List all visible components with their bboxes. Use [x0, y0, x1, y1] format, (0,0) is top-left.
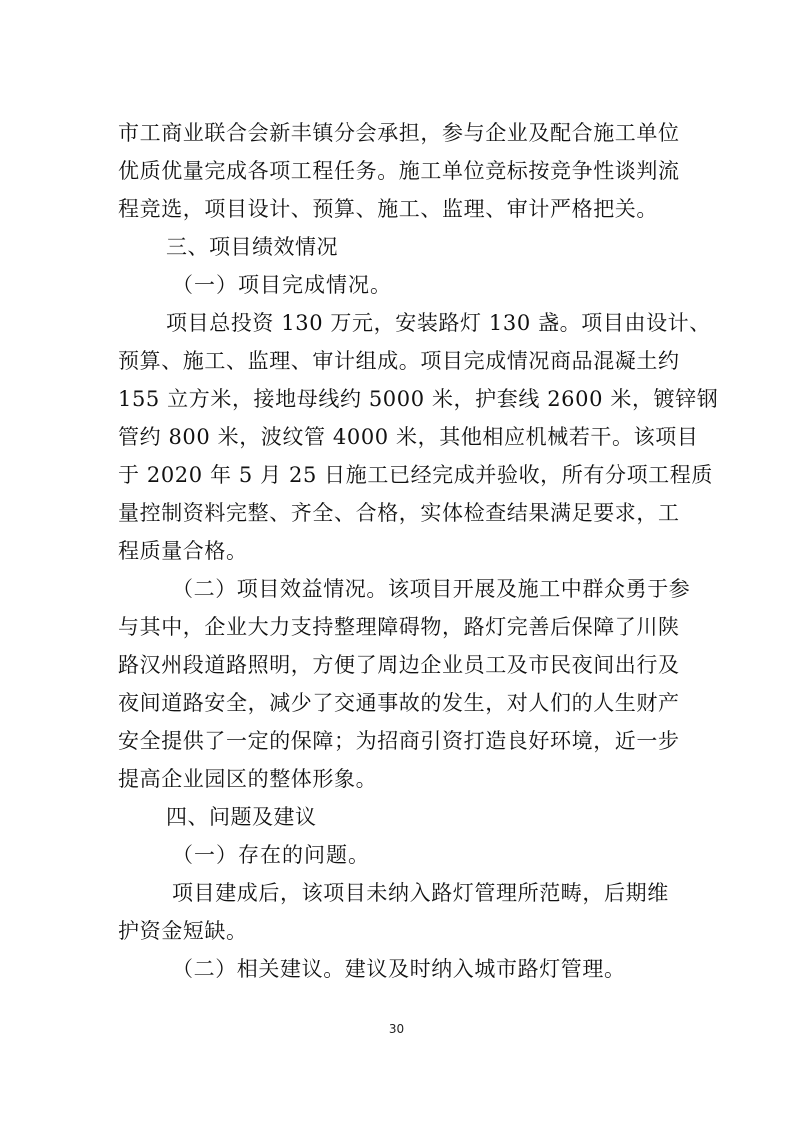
paragraph-line: 市工商业联合会新丰镇分会承担，参与企业及配合施工单位 — [118, 115, 674, 151]
paragraph-line: 于 2020 年 5 月 25 日施工已经完成并验收，所有分项工程质 — [118, 457, 674, 493]
paragraph-line: 管约 800 米，波纹管 4000 米，其他相应机械若干。该项目 — [118, 419, 674, 455]
section-heading-3: 三、项目绩效情况 — [166, 229, 722, 265]
paragraph-line: （二）项目效益情况。该项目开展及施工中群众勇于参 — [172, 571, 728, 607]
document-page: 市工商业联合会新丰镇分会承担，参与企业及配合施工单位 优质优量完成各项工程任务。… — [0, 0, 793, 1122]
paragraph-line: 优质优量完成各项工程任务。施工单位竞标按竞争性谈判流 — [118, 153, 674, 189]
section-heading-4: 四、问题及建议 — [166, 799, 722, 835]
paragraph-line: 155 立方米，接地母线约 5000 米，护套线 2600 米，镀锌钢 — [118, 381, 674, 417]
paragraph-line: 程竞选，项目设计、预算、施工、监理、审计严格把关。 — [118, 191, 674, 227]
paragraph-line: 夜间道路安全，减少了交通事故的发生，对人们的人生财产 — [118, 685, 674, 721]
paragraph-line: 项目总投资 130 万元，安装路灯 130 盏。项目由设计、 — [166, 305, 722, 341]
paragraph-line: 项目建成后，该项目未纳入路灯管理所范畴，后期维 — [172, 875, 728, 911]
subsection-heading: （一）存在的问题。 — [172, 837, 728, 873]
paragraph-line: 护资金短缺。 — [118, 913, 674, 949]
paragraph-line: 量控制资料完整、齐全、合格，实体检查结果满足要求，工 — [118, 495, 674, 531]
subsection-heading: （一）项目完成情况。 — [172, 267, 728, 303]
page-number: 30 — [0, 1022, 793, 1036]
paragraph-line: 提高企业园区的整体形象。 — [118, 761, 674, 797]
paragraph-line: 程质量合格。 — [118, 533, 674, 569]
paragraph-line: 安全提供了一定的保障；为招商引资打造良好环境，近一步 — [118, 723, 674, 759]
paragraph-line: （二）相关建议。建议及时纳入城市路灯管理。 — [172, 951, 728, 987]
paragraph-line: 路汉州段道路照明，方便了周边企业员工及市民夜间出行及 — [118, 647, 674, 683]
paragraph-line: 与其中，企业大力支持整理障碍物，路灯完善后保障了川陕 — [118, 609, 674, 645]
paragraph-line: 预算、施工、监理、审计组成。项目完成情况商品混凝土约 — [118, 343, 674, 379]
